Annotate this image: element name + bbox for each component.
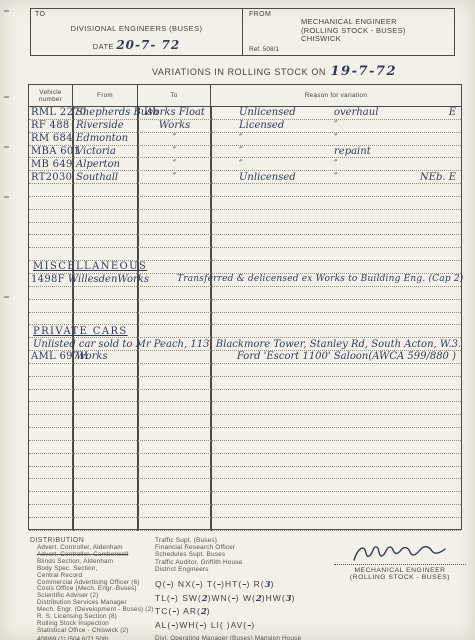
from-value: Riverside: [73, 120, 138, 132]
reason-detail: ″: [334, 133, 461, 145]
from-value: Southall: [73, 171, 138, 183]
reason-cell: Licensed″: [211, 120, 461, 132]
from-value: Alperton: [73, 158, 138, 170]
reason-text: Transferred & delicensed ex Works to Bui…: [177, 274, 464, 286]
recipient-list: Traffic Supt. (Buses)Financial Research …: [155, 537, 334, 573]
scan-edge-mark: [4, 146, 9, 148]
date-handwritten: 20-7- 72: [116, 38, 180, 52]
to-value: DIVISIONAL ENGINEERS (BUSES): [35, 24, 238, 33]
table-row: RT2030Southall″Unlicensed″NEb. E: [29, 171, 461, 184]
distribution-item: Statistical Office - Chiswick (2): [30, 628, 151, 635]
table-row: [29, 300, 461, 313]
table-row: [29, 415, 461, 428]
variations-table: Vehicle number From To Reason for variat…: [28, 84, 462, 530]
table-row: MISCELLANEOUS: [29, 261, 461, 274]
reason-cell: ″repaint: [211, 146, 461, 158]
signature-block: MECHANICAL ENGINEER (ROLLING STOCK - BUS…: [334, 537, 466, 640]
table-row: 1498FWillesdenWorksTransferred & delicen…: [29, 274, 461, 287]
reason-cell: Unlicensed″NEb. E: [211, 171, 461, 183]
recipients-and-codes: Traffic Supt. (Buses)Financial Research …: [155, 537, 334, 640]
from-value: Victoria: [73, 146, 138, 158]
table-row: [29, 390, 461, 403]
tally-value: –: [171, 621, 175, 631]
form-code: 408/69 (1) (504 6/71 508): [30, 636, 151, 640]
table-row: [29, 184, 461, 197]
table-row: [29, 441, 461, 454]
table-row: [29, 402, 461, 415]
recipient-item: District Engineers: [155, 566, 334, 573]
from-value: Works: [73, 351, 108, 363]
table-row: [29, 210, 461, 223]
signature-icon: [350, 542, 450, 568]
table-row: [29, 518, 461, 531]
reason-status: Licensed: [239, 120, 334, 132]
reason-status: ″: [239, 133, 334, 145]
col-vehicle-number: Vehicle number: [29, 85, 73, 106]
table-row: [29, 454, 461, 467]
recipient-item: Schedules Supt. Buses: [155, 551, 334, 558]
tally-value: –: [172, 607, 176, 617]
tally-value: –: [166, 580, 170, 590]
reason-cell: Ford 'Escort 1100' Saloon(AWCA 599/880 ): [114, 351, 461, 363]
reason-detail: repaint: [334, 146, 461, 158]
vehicle-number: 1498F: [29, 274, 65, 286]
table-row: [29, 364, 461, 377]
table-row: AML 697HWorksFord 'Escort 1100' Saloon(A…: [29, 351, 461, 364]
scan-edge-mark: [4, 196, 9, 198]
vehicle-number: RF 488: [29, 120, 73, 132]
table-row: [29, 197, 461, 210]
table-row: MB 649Alperton″″″: [29, 158, 461, 171]
to-value: ″: [138, 133, 211, 145]
scan-edge-mark: [4, 96, 9, 98]
reason-detail: Ford 'Escort 1100' Saloon: [237, 351, 368, 363]
reason-status: ″: [239, 146, 334, 158]
tally-value: –: [199, 621, 203, 631]
table-row: [29, 287, 461, 300]
col-reason: Reason for variation: [211, 85, 461, 106]
reason-note: NEb. E: [420, 172, 461, 184]
reason-cell: UnlicensedoverhaulE: [211, 107, 461, 119]
vehicle-number: MBA 601: [29, 146, 73, 158]
tally-value: 2: [201, 607, 207, 617]
reason-cell: ″″: [211, 158, 461, 170]
scan-edge-mark: [4, 10, 9, 12]
from-address: MECHANICAL ENGINEER (ROLLING STOCK - BUS…: [301, 18, 448, 44]
tally-code-line: TL(–) SW(2)WN(–) W(2)HW(3): [155, 592, 334, 606]
distribution-items: Advert. Controller, AldenhamAdvert. Cont…: [30, 545, 151, 635]
vehicle-number: AML 697H: [29, 351, 73, 363]
tally-code-line: AL(–)WH(–) LI( )AV(–): [155, 619, 334, 633]
reason-status: Unlicensed: [239, 172, 334, 184]
tally-codes: Q(–) NX(–) T(–)HT(–) R(3)TL(–) SW(2)WN(–…: [155, 578, 334, 632]
recipient-item: Financial Research Officer: [155, 544, 334, 551]
reason-status: ″: [239, 159, 334, 171]
table-row: PRIVATE CARS: [29, 325, 461, 338]
table-row: [29, 235, 461, 248]
table-row: Unlisted car sold to Mr Peach, 113, Blac…: [29, 338, 461, 351]
col-from: From: [73, 85, 138, 106]
reason-detail: overhaul: [334, 107, 449, 119]
table-row: [29, 505, 461, 518]
vehicle-number: MB 649: [29, 158, 73, 170]
reason-detail: ″: [334, 120, 461, 132]
to-value: Works Float: [138, 107, 211, 119]
from-value: Shepherds Bush: [73, 107, 138, 119]
to-label: TO: [35, 11, 238, 18]
reason-cell: ″″: [211, 133, 461, 145]
spanning-note: Unlisted car sold to Mr Peach, 113, Blac…: [33, 339, 461, 351]
to-value: Works: [117, 274, 149, 286]
tally-value: 3: [265, 580, 271, 590]
reason-note: E: [449, 107, 461, 119]
table-row: [29, 428, 461, 441]
recipient-item: Traffic Auditor, Griffith House: [155, 559, 334, 566]
tally-value: –: [196, 580, 200, 590]
from-section: FROM MECHANICAL ENGINEER (ROLLING STOCK …: [243, 9, 454, 55]
table-row: RM 684Edmonton″″″: [29, 133, 461, 146]
reason-detail: ″: [334, 159, 461, 171]
form-title-text: VARIATIONS IN ROLLING STOCK ON: [152, 67, 326, 77]
table-row: [29, 467, 461, 480]
reason-note: (AWCA 599/880 ): [368, 351, 461, 363]
table-row: [29, 492, 461, 505]
table-header: Vehicle number From To Reason for variat…: [29, 85, 461, 107]
table-row: [29, 377, 461, 390]
tally-code-line: TC(–) AR(2): [155, 605, 334, 619]
from-line: CHISWICK: [301, 35, 448, 44]
section-label: MISCELLANEOUS: [29, 261, 147, 273]
address-box: TO DIVISIONAL ENGINEERS (BUSES) DATE 20-…: [30, 8, 455, 56]
scanned-form-page: TO DIVISIONAL ENGINEERS (BUSES) DATE 20-…: [0, 0, 475, 640]
table-row: [29, 223, 461, 236]
table-row: RML 2270Shepherds BushWorks FloatUnlicen…: [29, 107, 461, 120]
tally-value: –: [247, 621, 251, 631]
to-value: Works: [138, 120, 211, 132]
signer-title-line: MECHANICAL ENGINEER: [350, 567, 450, 574]
signer-title-line: (ROLLING STOCK - BUSES): [350, 574, 450, 581]
tally-code-line: Q(–) NX(–) T(–)HT(–) R(3): [155, 578, 334, 592]
distribution-list: DISTRIBUTION Advert. Controller, Aldenha…: [30, 537, 151, 640]
tally-value: –: [171, 594, 175, 604]
reason-status: Unlicensed: [239, 107, 334, 119]
tally-value: [224, 621, 227, 631]
date-line: DATE 20-7- 72: [35, 38, 238, 52]
date-label: DATE: [93, 42, 114, 51]
to-section: TO DIVISIONAL ENGINEERS (BUSES) DATE 20-…: [31, 9, 243, 55]
from-value: Edmonton: [73, 133, 138, 145]
section-label: PRIVATE CARS: [29, 326, 128, 338]
signature-line: [334, 541, 466, 565]
vehicle-number: RM 684: [29, 133, 73, 145]
from-value: Willesden: [65, 274, 118, 286]
tally-value: –: [242, 580, 246, 590]
reason-cell: Transferred & delicensed ex Works to Bui…: [149, 274, 464, 286]
recipient-item: Traffic Supt. (Buses): [155, 537, 334, 544]
form-title: VARIATIONS IN ROLLING STOCK ON 19-7-72: [152, 62, 397, 80]
to-value: ″: [138, 146, 211, 158]
ref-number: Ref. 508/1: [249, 46, 448, 53]
signer-title: MECHANICAL ENGINEER (ROLLING STOCK - BUS…: [350, 567, 450, 581]
vehicle-number: RT2030: [29, 171, 73, 183]
distribution-title: DISTRIBUTION: [30, 537, 151, 544]
table-row: RF 488RiversideWorksLicensed″: [29, 120, 461, 133]
col-to: To: [138, 85, 211, 106]
table-row: [29, 313, 461, 326]
form-title-date: 19-7-72: [330, 64, 397, 79]
scan-edge-mark: [4, 296, 9, 298]
divl-manager-line: Divl. Operating Manager (Buses) Mansion …: [155, 635, 334, 640]
tally-value: 2: [256, 594, 262, 604]
table-row: [29, 248, 461, 261]
tally-value: –: [217, 580, 221, 590]
to-value: ″: [138, 158, 211, 170]
table-body: RML 2270Shepherds BushWorks FloatUnlicen…: [29, 107, 461, 531]
tally-value: –: [232, 594, 236, 604]
tally-value: 2: [202, 594, 208, 604]
table-row: [29, 479, 461, 492]
reason-detail: ″: [334, 172, 420, 184]
form-footer: DISTRIBUTION Advert. Controller, Aldenha…: [30, 537, 466, 640]
tally-value: 3: [286, 594, 292, 604]
table-row: MBA 601Victoria″″repaint: [29, 146, 461, 159]
vehicle-number: RML 2270: [29, 107, 73, 119]
to-value: ″: [138, 171, 211, 183]
